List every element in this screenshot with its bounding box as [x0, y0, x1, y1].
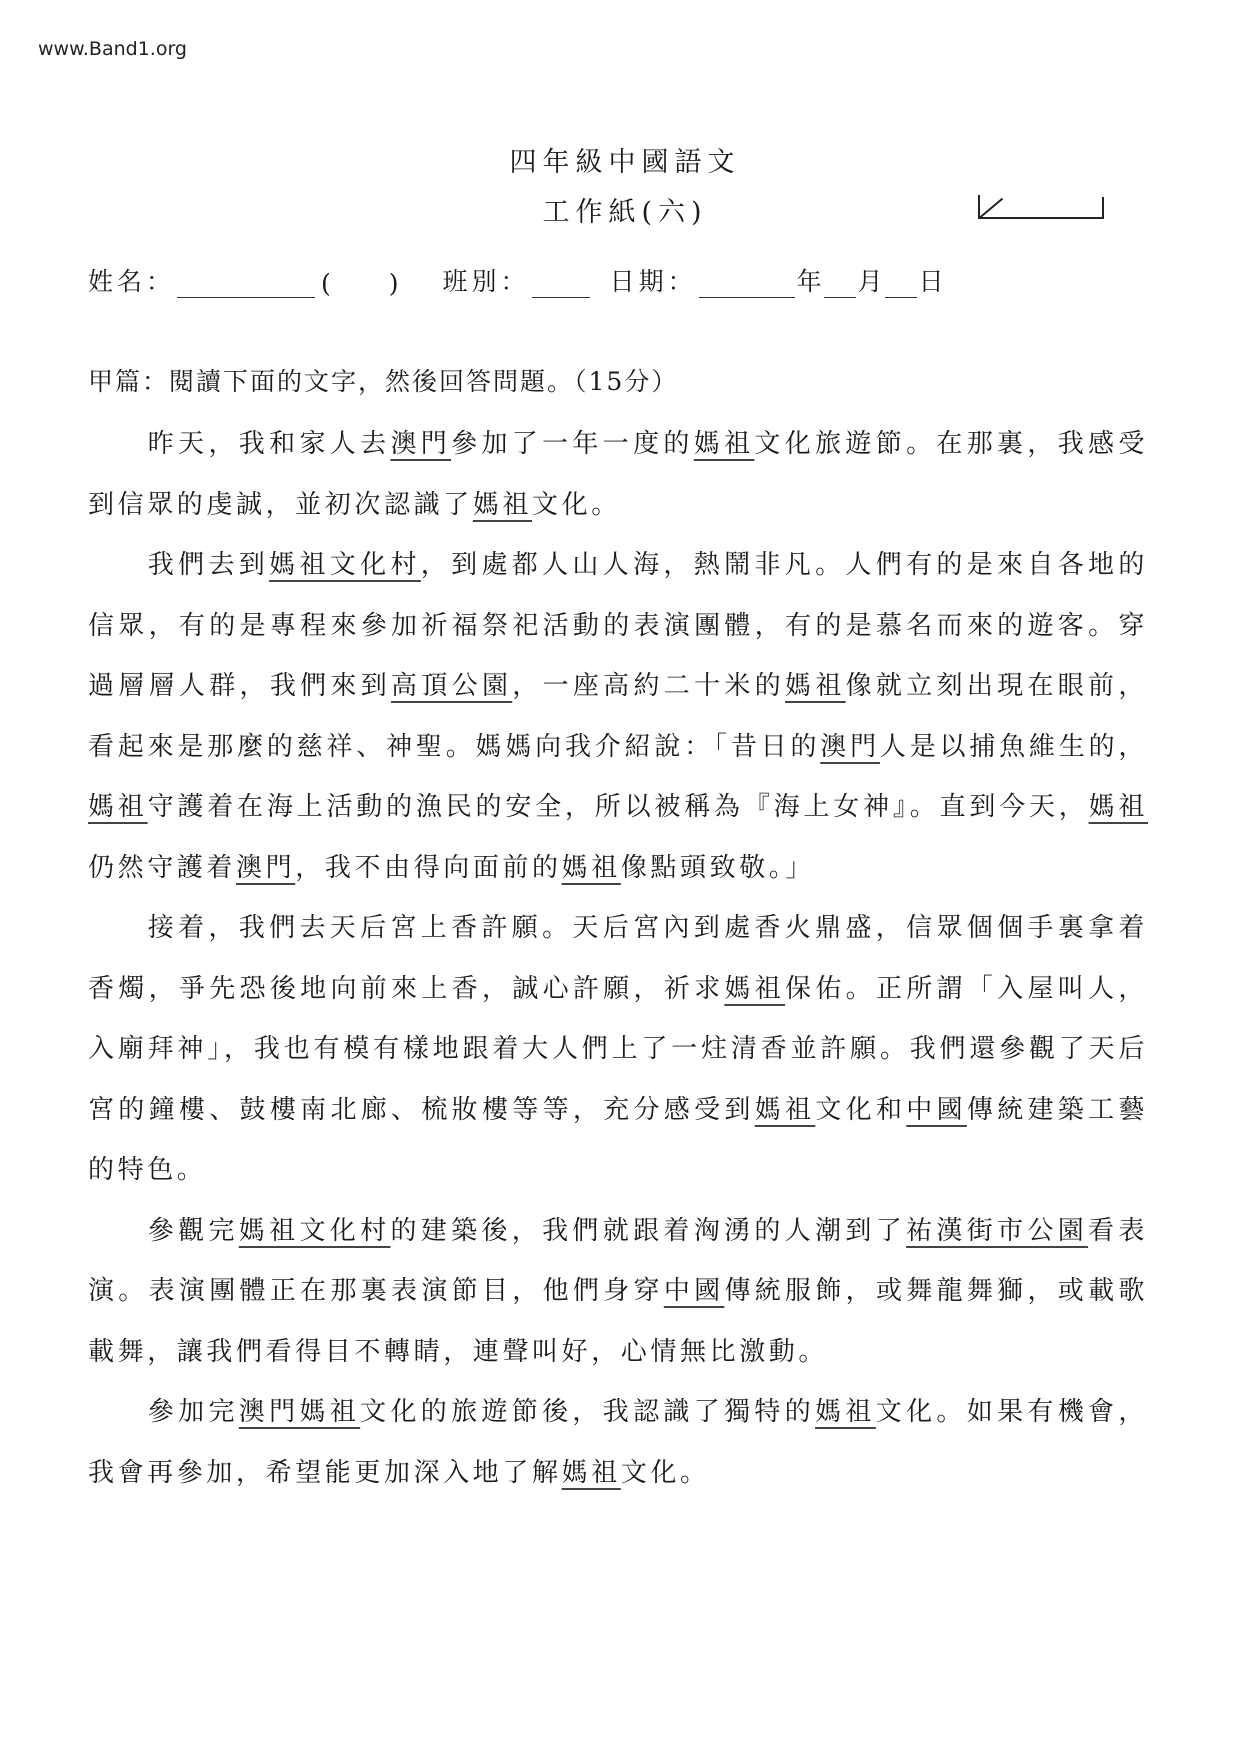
proper-noun: 媽祖	[562, 1458, 621, 1488]
proper-noun: 媽祖	[785, 671, 846, 701]
day-field[interactable]	[885, 273, 917, 298]
year-field[interactable]	[699, 273, 795, 298]
class-field[interactable]	[532, 273, 590, 298]
proper-noun: 媽祖文化村	[239, 1216, 391, 1246]
class-number-close-paren: )	[389, 269, 399, 298]
score-box-right-edge	[1102, 197, 1104, 219]
score-box	[978, 195, 1104, 217]
date-label: 日期：	[610, 262, 697, 298]
year-label: 年	[797, 262, 822, 298]
month-field[interactable]	[824, 273, 856, 298]
name-field[interactable]	[177, 273, 315, 298]
proper-noun: 媽祖	[88, 792, 148, 822]
proper-noun: 媽祖	[815, 1397, 876, 1427]
name-label: 姓名：	[88, 262, 175, 298]
student-info-row: 姓名： ( ) 班別： 日期： 年 月 日	[88, 262, 944, 298]
section-heading: 甲篇：閱讀下面的文字，然後回答問題。（15分）	[88, 362, 678, 398]
reading-passage: 昨天，我和家人去澳門參加了一年一度的媽祖文化旅遊節。在那裏，我感受到信眾的虔誠，…	[88, 414, 1148, 1503]
score-box-baseline	[978, 217, 1102, 219]
month-label: 月	[858, 262, 883, 298]
proper-noun: 媽祖	[755, 1095, 816, 1125]
proper-noun: 澳門媽祖	[239, 1397, 360, 1427]
proper-noun: 媽祖	[1089, 792, 1148, 822]
site-watermark: www.Band1.org	[38, 38, 187, 60]
proper-noun: 澳門	[390, 429, 451, 459]
proper-noun: 中國	[906, 1095, 967, 1125]
check-mark-icon	[979, 198, 1003, 219]
class-label: 班別：	[443, 262, 530, 298]
worksheet-header: 四年級中國語文 工作紙(六)	[0, 138, 1240, 238]
proper-noun: 高頂公園	[391, 671, 512, 701]
proper-noun: 澳門	[820, 732, 880, 762]
passage-paragraph-2: 我們去到媽祖文化村，到處都人山人海，熱鬧非凡。人們有的是來自各地的信眾，有的是專…	[88, 535, 1148, 898]
proper-noun: 媽祖	[562, 853, 621, 883]
passage-paragraph-3: 接着，我們去天后宮上香許願。天后宮內到處香火鼎盛，信眾個個手裏拿着香燭，爭先恐後…	[88, 898, 1148, 1201]
proper-noun: 媽祖	[694, 429, 755, 459]
class-number-open-paren: (	[321, 269, 331, 298]
proper-noun: 媽祖	[473, 490, 532, 520]
passage-paragraph-1: 昨天，我和家人去澳門參加了一年一度的媽祖文化旅遊節。在那裏，我感受到信眾的虔誠，…	[88, 414, 1148, 535]
worksheet-title: 四年級中國語文	[10, 138, 1240, 188]
proper-noun: 媽祖	[724, 974, 785, 1004]
proper-noun: 祐漢街市公園	[906, 1216, 1088, 1246]
proper-noun: 中國	[664, 1276, 725, 1306]
day-label: 日	[919, 262, 944, 298]
passage-paragraph-5: 參加完澳門媽祖文化的旅遊節後，我認識了獨特的媽祖文化。如果有機會，我會再參加，希…	[88, 1382, 1148, 1503]
proper-noun: 媽祖文化村	[269, 550, 421, 580]
passage-paragraph-4: 參觀完媽祖文化村的建築後，我們就跟着洶湧的人潮到了祐漢街市公園看表演。表演團體正…	[88, 1201, 1148, 1383]
proper-noun: 澳門	[236, 853, 295, 883]
